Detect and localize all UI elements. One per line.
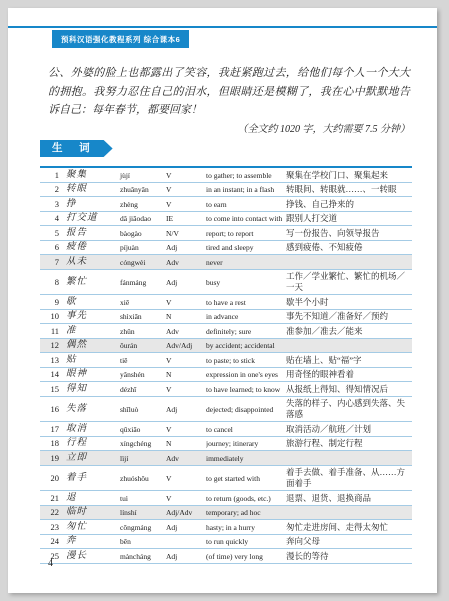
word-english: to earn: [206, 197, 286, 212]
vocab-row: 14 眼神 yǎnshén N expression in one's eyes…: [40, 367, 412, 382]
row-number: 13: [40, 353, 66, 368]
word-examples: 旅游行程、制定行程: [286, 436, 412, 451]
row-number: 22: [40, 505, 66, 520]
word-english: to cancel: [206, 422, 286, 437]
word-pinyin: lìjí: [120, 451, 166, 466]
row-number: 15: [40, 382, 66, 397]
vocab-row: 25 漫长 màncháng Adj (of time) very long 漫…: [40, 549, 412, 564]
row-number: 25: [40, 549, 66, 564]
row-number: 24: [40, 534, 66, 549]
row-number: 8: [40, 269, 66, 295]
row-number: 10: [40, 309, 66, 324]
word-pos: V: [166, 182, 206, 197]
word-examples: 漫长的等待: [286, 549, 412, 564]
word-pinyin: tuì: [120, 491, 166, 506]
word-pinyin: zhuǎnyǎn: [120, 182, 166, 197]
word-examples: 失落的样子、内心感到失落、失落感: [286, 396, 412, 422]
row-number: 20: [40, 465, 66, 491]
word-pinyin: línshí: [120, 505, 166, 520]
word-examples: 匆忙走进房间、走得太匆忙: [286, 520, 412, 535]
word-chinese: 聚集: [66, 167, 120, 182]
word-pinyin: xiē: [120, 295, 166, 310]
word-chinese: 取消: [66, 422, 120, 437]
word-chinese: 漫长: [66, 549, 120, 564]
series-badge: 预科汉语强化教程系列 综合课本6: [52, 30, 189, 48]
lesson-text-paragraph: 公、外婆的脸上也都露出了笑容，我赶紧跑过去，给他们每个人一个大大的拥抱。我努力忍…: [48, 64, 410, 120]
word-pinyin: píjuàn: [120, 240, 166, 255]
vocab-row: 15 得知 dézhī V to have learned; to know 从…: [40, 382, 412, 397]
word-pos: N/V: [166, 226, 206, 241]
word-english: to return (goods, etc.): [206, 491, 286, 506]
word-examples: 歇半个小时: [286, 295, 412, 310]
word-chinese: 从未: [66, 255, 120, 270]
word-examples: [286, 338, 412, 353]
word-english: temporary; ad hoc: [206, 505, 286, 520]
vocab-row: 3 挣 zhèng V to earn 挣钱、自己挣来的: [40, 197, 412, 212]
word-pos: V: [166, 491, 206, 506]
word-pinyin: bēn: [120, 534, 166, 549]
word-pos: V: [166, 353, 206, 368]
row-number: 12: [40, 338, 66, 353]
vocab-row: 1 聚集 jùjí V to gather; to assemble 聚集在学校…: [40, 167, 412, 182]
vocab-row: 18 行程 xíngchéng N journey; itinerary 旅游行…: [40, 436, 412, 451]
word-chinese: 行程: [66, 436, 120, 451]
row-number: 9: [40, 295, 66, 310]
vocab-row: 10 事先 shìxiān N in advance 事先不知道／准备好／预约: [40, 309, 412, 324]
word-pos: N: [166, 436, 206, 451]
word-pos: IE: [166, 211, 206, 226]
word-english: busy: [206, 269, 286, 295]
word-pos: Adj: [166, 240, 206, 255]
word-english: to gather; to assemble: [206, 167, 286, 182]
word-chinese: 报告: [66, 226, 120, 241]
word-examples: 挣钱、自己挣来的: [286, 197, 412, 212]
word-pos: Adv: [166, 451, 206, 466]
row-number: 21: [40, 491, 66, 506]
vocab-row: 16 失落 shīluò Adj dejected; disappointed …: [40, 396, 412, 422]
word-chinese: 打交道: [66, 211, 120, 226]
word-examples: [286, 255, 412, 270]
word-pinyin: zhèng: [120, 197, 166, 212]
word-pos: V: [166, 382, 206, 397]
row-number: 18: [40, 436, 66, 451]
vocab-table-body: 1 聚集 jùjí V to gather; to assemble 聚集在学校…: [40, 167, 412, 563]
word-pos: V: [166, 295, 206, 310]
word-examples: 着手去做、着手准备、从……方面着手: [286, 465, 412, 491]
word-chinese: 奔: [66, 534, 120, 549]
word-pos: V: [166, 465, 206, 491]
word-english: never: [206, 255, 286, 270]
word-pinyin: zhuóshǒu: [120, 465, 166, 491]
row-number: 1: [40, 167, 66, 182]
word-pos: N: [166, 367, 206, 382]
word-pinyin: zhǔn: [120, 324, 166, 339]
word-chinese: 疲倦: [66, 240, 120, 255]
word-chinese: 转眼: [66, 182, 120, 197]
word-examples: 聚集在学校门口、聚集起来: [286, 167, 412, 182]
word-pos: [166, 534, 206, 549]
word-english: to have learned; to know: [206, 382, 286, 397]
word-english: tired and sleepy: [206, 240, 286, 255]
vocab-row: 13 贴 tiē V to paste; to stick 贴在墙上、贴“福”字: [40, 353, 412, 368]
word-examples: 奔向父母: [286, 534, 412, 549]
row-number: 7: [40, 255, 66, 270]
word-chinese: 临时: [66, 505, 120, 520]
word-pos: Adj: [166, 396, 206, 422]
vocab-table: 1 聚集 jùjí V to gather; to assemble 聚集在学校…: [40, 166, 412, 564]
word-pinyin: shìxiān: [120, 309, 166, 324]
word-pinyin: bàogào: [120, 226, 166, 241]
word-pos: V: [166, 197, 206, 212]
word-examples: 感到疲倦、不知疲倦: [286, 240, 412, 255]
document-viewer: { "colors": { "accent_blue": "#1787c9", …: [0, 0, 449, 601]
word-pinyin: cōngmáng: [120, 520, 166, 535]
word-chinese: 挣: [66, 197, 120, 212]
word-pinyin: dézhī: [120, 382, 166, 397]
vocab-row: 8 繁忙 fánmáng Adj busy 工作／学业繁忙、繁忙的机场／一天: [40, 269, 412, 295]
word-pos: Adj/Adv: [166, 505, 206, 520]
vocab-row: 6 疲倦 píjuàn Adj tired and sleepy 感到疲倦、不知…: [40, 240, 412, 255]
word-chinese: 着手: [66, 465, 120, 491]
row-number: 19: [40, 451, 66, 466]
row-number: 16: [40, 396, 66, 422]
word-english: to paste; to stick: [206, 353, 286, 368]
word-english: in an instant; in a flash: [206, 182, 286, 197]
word-english: to run quickly: [206, 534, 286, 549]
word-pos: Adj: [166, 549, 206, 564]
word-english: dejected; disappointed: [206, 396, 286, 422]
word-pinyin: yǎnshén: [120, 367, 166, 382]
word-pinyin: fánmáng: [120, 269, 166, 295]
word-chinese: 匆忙: [66, 520, 120, 535]
word-pos: N: [166, 309, 206, 324]
word-chinese: 失落: [66, 396, 120, 422]
word-chinese: 繁忙: [66, 269, 120, 295]
vocab-row: 23 匆忙 cōngmáng Adj hasty; in a hurry 匆忙走…: [40, 520, 412, 535]
vocab-row: 22 临时 línshí Adj/Adv temporary; ad hoc: [40, 505, 412, 520]
row-number: 3: [40, 197, 66, 212]
word-pos: Adv: [166, 255, 206, 270]
vocab-row: 2 转眼 zhuǎnyǎn V in an instant; in a flas…: [40, 182, 412, 197]
word-pinyin: shīluò: [120, 396, 166, 422]
vocab-row: 5 报告 bàogào N/V report; to report 写一份报告、…: [40, 226, 412, 241]
word-pinyin: dǎ jiāodao: [120, 211, 166, 226]
word-pinyin: ǒurán: [120, 338, 166, 353]
vocab-row: 19 立即 lìjí Adv immediately: [40, 451, 412, 466]
word-pos: Adv: [166, 324, 206, 339]
row-number: 11: [40, 324, 66, 339]
vocab-row: 24 奔 bēn to run quickly 奔向父母: [40, 534, 412, 549]
word-examples: [286, 451, 412, 466]
word-english: report; to report: [206, 226, 286, 241]
word-english: expression in one's eyes: [206, 367, 286, 382]
word-english: (of time) very long: [206, 549, 286, 564]
vocab-row: 20 着手 zhuóshǒu V to get started with 着手去…: [40, 465, 412, 491]
page-number: 4: [48, 558, 53, 569]
word-examples: 从报纸上得知、得知情况后: [286, 382, 412, 397]
word-pos: V: [166, 422, 206, 437]
word-count-note: （全文约 1020 字，大约需要 7.5 分钟）: [48, 120, 410, 135]
vocab-row: 7 从未 cóngwèi Adv never: [40, 255, 412, 270]
word-examples: 写一份报告、向领导报告: [286, 226, 412, 241]
word-pinyin: tiē: [120, 353, 166, 368]
word-examples: 取消活动／航班／计划: [286, 422, 412, 437]
word-chinese: 退: [66, 491, 120, 506]
word-pos: Adj: [166, 269, 206, 295]
word-pos: Adv/Adj: [166, 338, 206, 353]
textbook-page: 预科汉语强化教程系列 综合课本6 公、外婆的脸上也都露出了笑容，我赶紧跑过去，给…: [8, 8, 437, 593]
word-pinyin: jùjí: [120, 167, 166, 182]
word-pos: V: [166, 167, 206, 182]
word-chinese: 事先: [66, 309, 120, 324]
vocab-row: 4 打交道 dǎ jiāodao IE to come into contact…: [40, 211, 412, 226]
word-english: to have a rest: [206, 295, 286, 310]
row-number: 6: [40, 240, 66, 255]
vocab-row: 17 取消 qǔxiāo V to cancel 取消活动／航班／计划: [40, 422, 412, 437]
word-english: to get started with: [206, 465, 286, 491]
vocab-row: 11 准 zhǔn Adv definitely; sure 准参加／准去／能来: [40, 324, 412, 339]
word-english: to come into contact with: [206, 211, 286, 226]
row-number: 2: [40, 182, 66, 197]
word-examples: 退票、退货、退换商品: [286, 491, 412, 506]
word-examples: 准参加／准去／能来: [286, 324, 412, 339]
word-english: immediately: [206, 451, 286, 466]
word-pos: Adj: [166, 520, 206, 535]
row-number: 14: [40, 367, 66, 382]
word-examples: 贴在墙上、贴“福”字: [286, 353, 412, 368]
word-chinese: 得知: [66, 382, 120, 397]
word-english: journey; itinerary: [206, 436, 286, 451]
word-pinyin: qǔxiāo: [120, 422, 166, 437]
word-chinese: 立即: [66, 451, 120, 466]
word-examples: 用奇怪的眼神看着: [286, 367, 412, 382]
word-chinese: 准: [66, 324, 120, 339]
word-chinese: 歇: [66, 295, 120, 310]
new-words-section-badge: 生 词: [40, 140, 113, 157]
word-examples: 跟别人打交道: [286, 211, 412, 226]
word-pinyin: xíngchéng: [120, 436, 166, 451]
word-english: definitely; sure: [206, 324, 286, 339]
word-examples: 事先不知道／准备好／预约: [286, 309, 412, 324]
row-number: 4: [40, 211, 66, 226]
header-rule: [8, 26, 437, 28]
word-english: in advance: [206, 309, 286, 324]
word-chinese: 偶然: [66, 338, 120, 353]
word-chinese: 贴: [66, 353, 120, 368]
vocab-row: 9 歇 xiē V to have a rest 歇半个小时: [40, 295, 412, 310]
vocab-row: 21 退 tuì V to return (goods, etc.) 退票、退货…: [40, 491, 412, 506]
word-examples: [286, 505, 412, 520]
word-english: by accident; accidental: [206, 338, 286, 353]
row-number: 5: [40, 226, 66, 241]
vocab-row: 12 偶然 ǒurán Adv/Adj by accident; acciden…: [40, 338, 412, 353]
word-chinese: 眼神: [66, 367, 120, 382]
row-number: 17: [40, 422, 66, 437]
word-english: hasty; in a hurry: [206, 520, 286, 535]
word-examples: 工作／学业繁忙、繁忙的机场／一天: [286, 269, 412, 295]
row-number: 23: [40, 520, 66, 535]
word-examples: 转眼间、转眼就……、一转眼: [286, 182, 412, 197]
word-pinyin: màncháng: [120, 549, 166, 564]
word-pinyin: cóngwèi: [120, 255, 166, 270]
